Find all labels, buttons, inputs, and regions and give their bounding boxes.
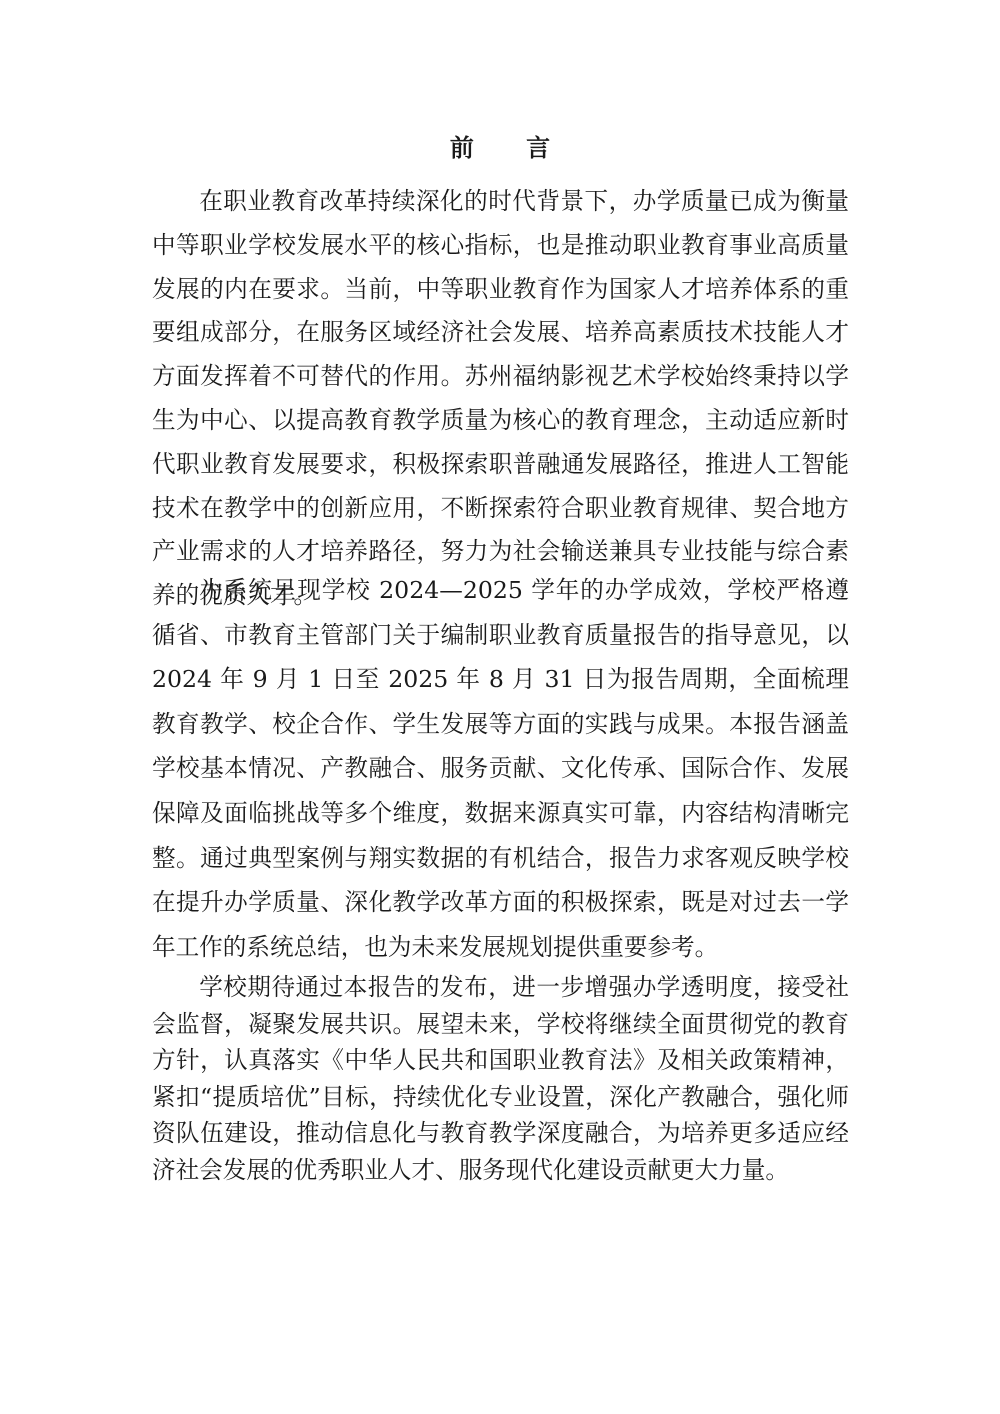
paragraph-report-scope: 为系统呈现学校 2024—2025 学年的办学成效，学校严格遵循省、市教育主管部… [152, 568, 849, 969]
page-title: 前 言 [0, 132, 1000, 164]
document-page: 前 言 在职业教育改革持续深化的时代背景下，办学质量已成为衡量中等职业学校发展水… [0, 0, 1000, 1414]
paragraph-outlook: 学校期待通过本报告的发布，进一步增强办学透明度，接受社会监督，凝聚发展共识。展望… [152, 969, 849, 1189]
paragraph-intro: 在职业教育改革持续深化的时代背景下，办学质量已成为衡量中等职业学校发展水平的核心… [152, 180, 849, 618]
